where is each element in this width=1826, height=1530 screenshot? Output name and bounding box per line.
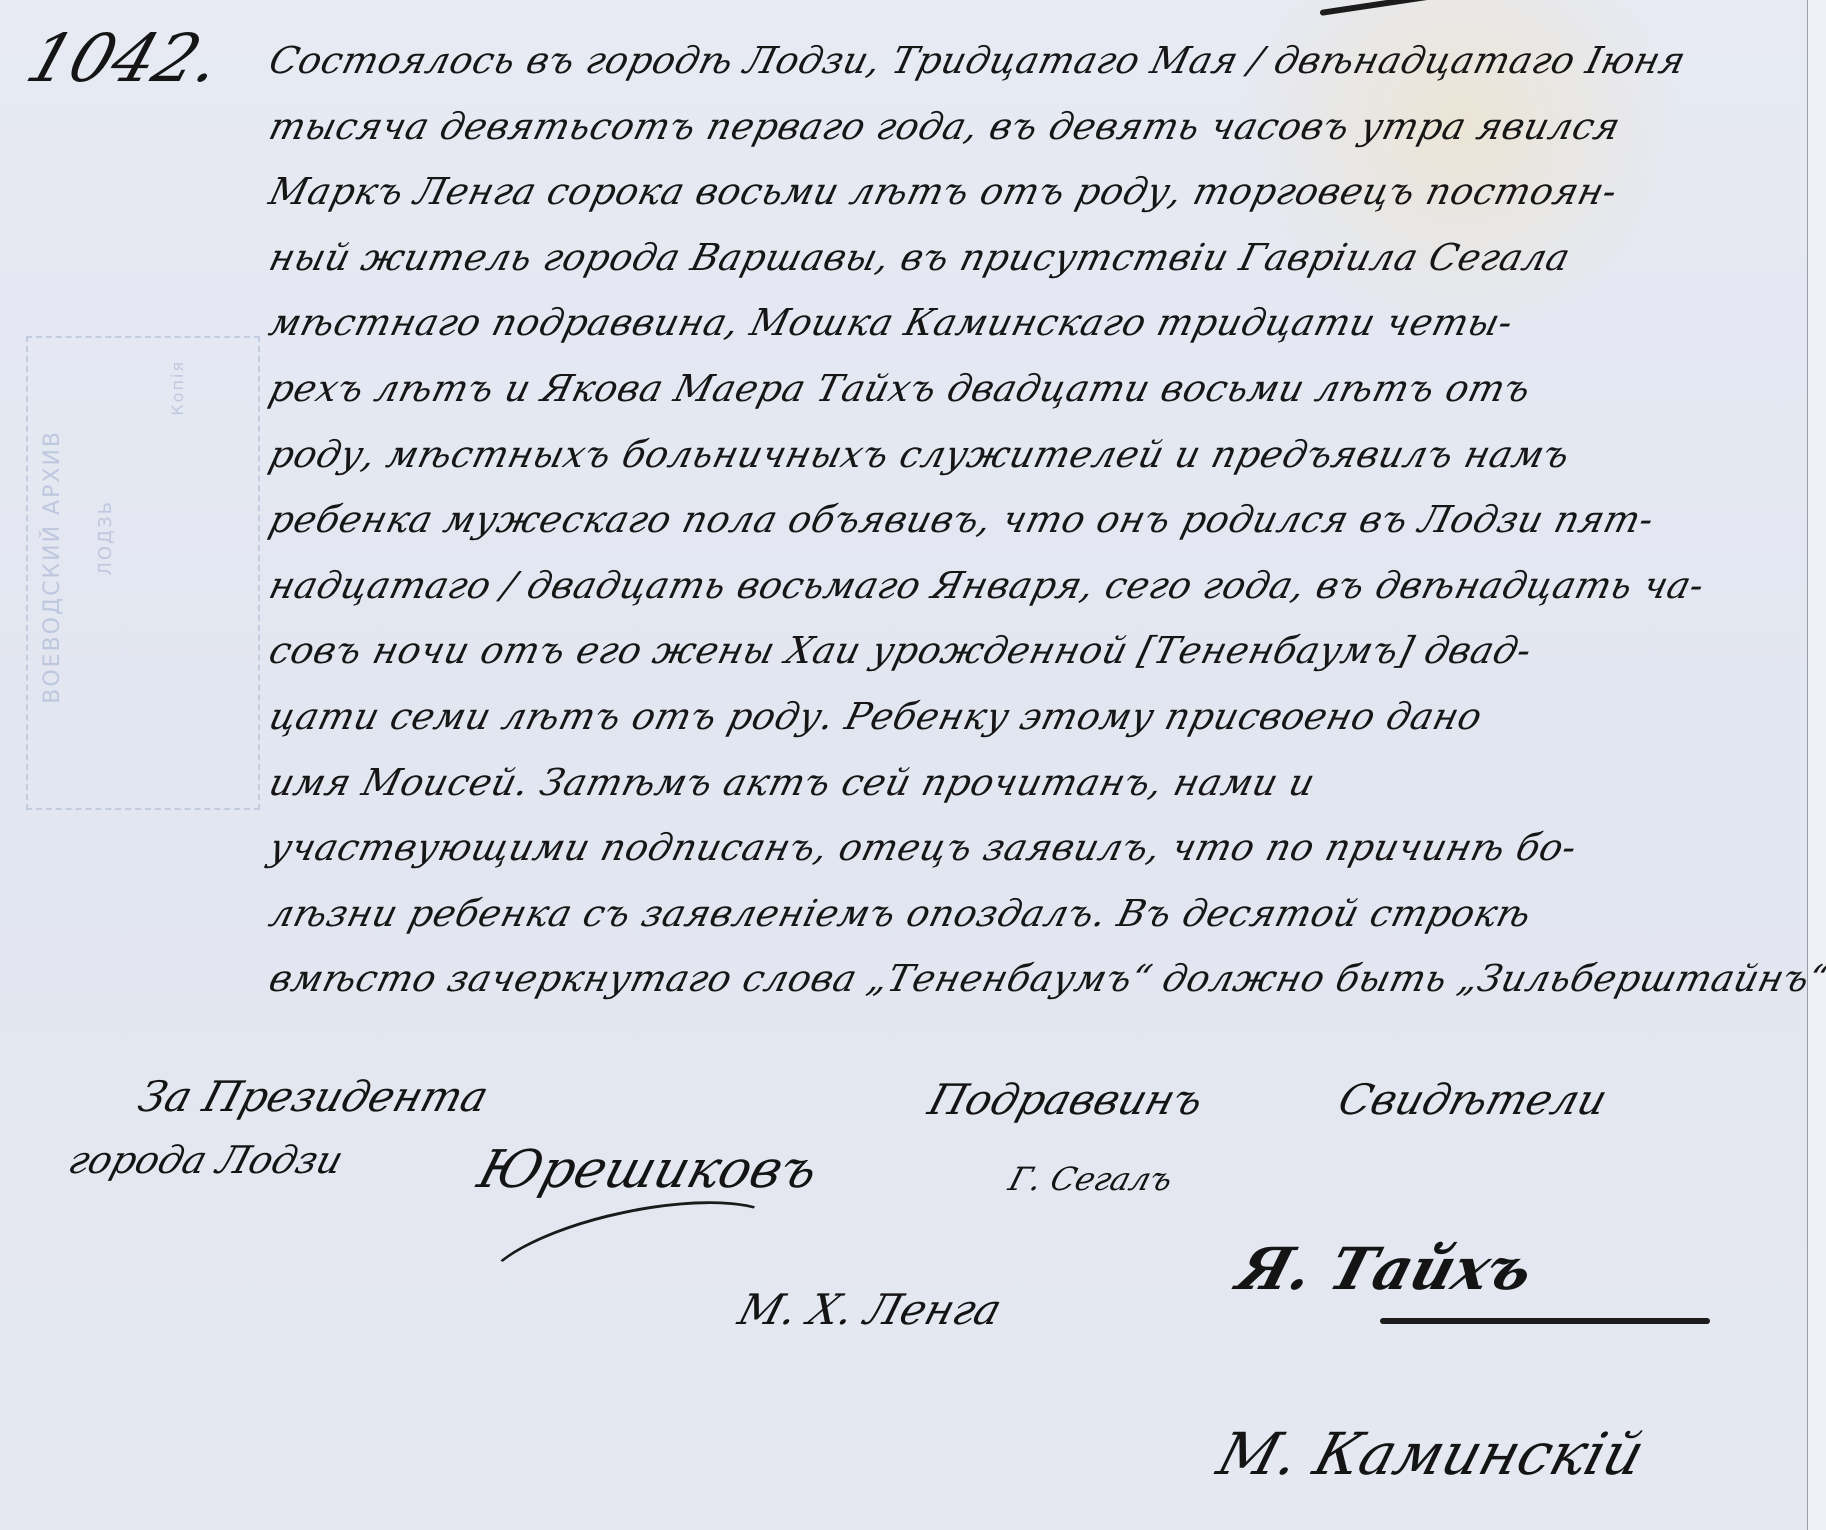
- margin-stamp-text: Копія: [168, 360, 187, 416]
- margin-stamp-text: ЛОДЗЬ: [95, 500, 116, 576]
- president-label: За Президента: [133, 1072, 494, 1121]
- record-line: ный житель города Варшавы, въ присутстві…: [262, 225, 1826, 291]
- scanned-record-page: ВОЕВОДСКИЙ АРХИВ ЛОДЗЬ Копія 1042. Состо…: [0, 0, 1826, 1530]
- witnesses-label: Свидѣтели: [1333, 1075, 1613, 1124]
- father-signature: М. Х. Ленга: [733, 1285, 1007, 1334]
- president-label-city: города Лодзи: [64, 1138, 349, 1182]
- record-line: цати семи лѣтъ отъ роду. Ребенку этому п…: [262, 684, 1826, 750]
- record-line: мѣстнаго подраввина, Мошка Каминскаго тр…: [262, 290, 1826, 356]
- signature-underline: [1380, 1318, 1710, 1324]
- witness-signature-kaminski: М. Каминскій: [1210, 1420, 1652, 1488]
- record-line: имя Моисей. Затѣмъ актъ сей прочитанъ, н…: [262, 750, 1826, 816]
- record-body: Состоялось въ городѣ Лодзи, Тридцатаго М…: [262, 28, 1822, 1012]
- record-line: надцатаго / двадцать восьмаго Января, се…: [262, 553, 1826, 619]
- record-line: тысяча девятьсотъ перваго года, въ девят…: [262, 94, 1826, 160]
- record-line: участвующими подписанъ, отецъ заявилъ, ч…: [262, 815, 1826, 881]
- president-signature: Юрешиковъ: [471, 1140, 824, 1200]
- record-line: ребенка мужескаго пола объявивъ, что онъ…: [262, 487, 1826, 553]
- pen-stroke: [1320, 0, 1826, 16]
- record-line: Состоялось въ городѣ Лодзи, Тридцатаго М…: [262, 28, 1826, 94]
- record-line: совъ ночи отъ его жены Хаи урожденной [Т…: [262, 618, 1826, 684]
- act-number: 1042.: [17, 20, 231, 97]
- witness-signature-taich: Я. Тайхъ: [1230, 1235, 1541, 1303]
- margin-stamp-text: ВОЕВОДСКИЙ АРХИВ: [40, 430, 65, 704]
- record-line: роду, мѣстныхъ больничныхъ служителей и …: [262, 422, 1826, 488]
- rabbi-signature: Г. Сегалъ: [1005, 1160, 1178, 1198]
- record-line: лѣзни ребенка съ заявленіемъ опоздалъ. В…: [262, 881, 1826, 947]
- record-line: Маркъ Ленга сорока восьми лѣтъ отъ роду,…: [262, 159, 1826, 225]
- record-line: рехъ лѣтъ и Якова Маера Тайхъ двадцати в…: [262, 356, 1826, 422]
- record-line: вмѣсто зачеркнутаго слова „Тененбаумъ“ д…: [262, 946, 1826, 1012]
- rabbi-label: Подраввинъ: [923, 1075, 1209, 1124]
